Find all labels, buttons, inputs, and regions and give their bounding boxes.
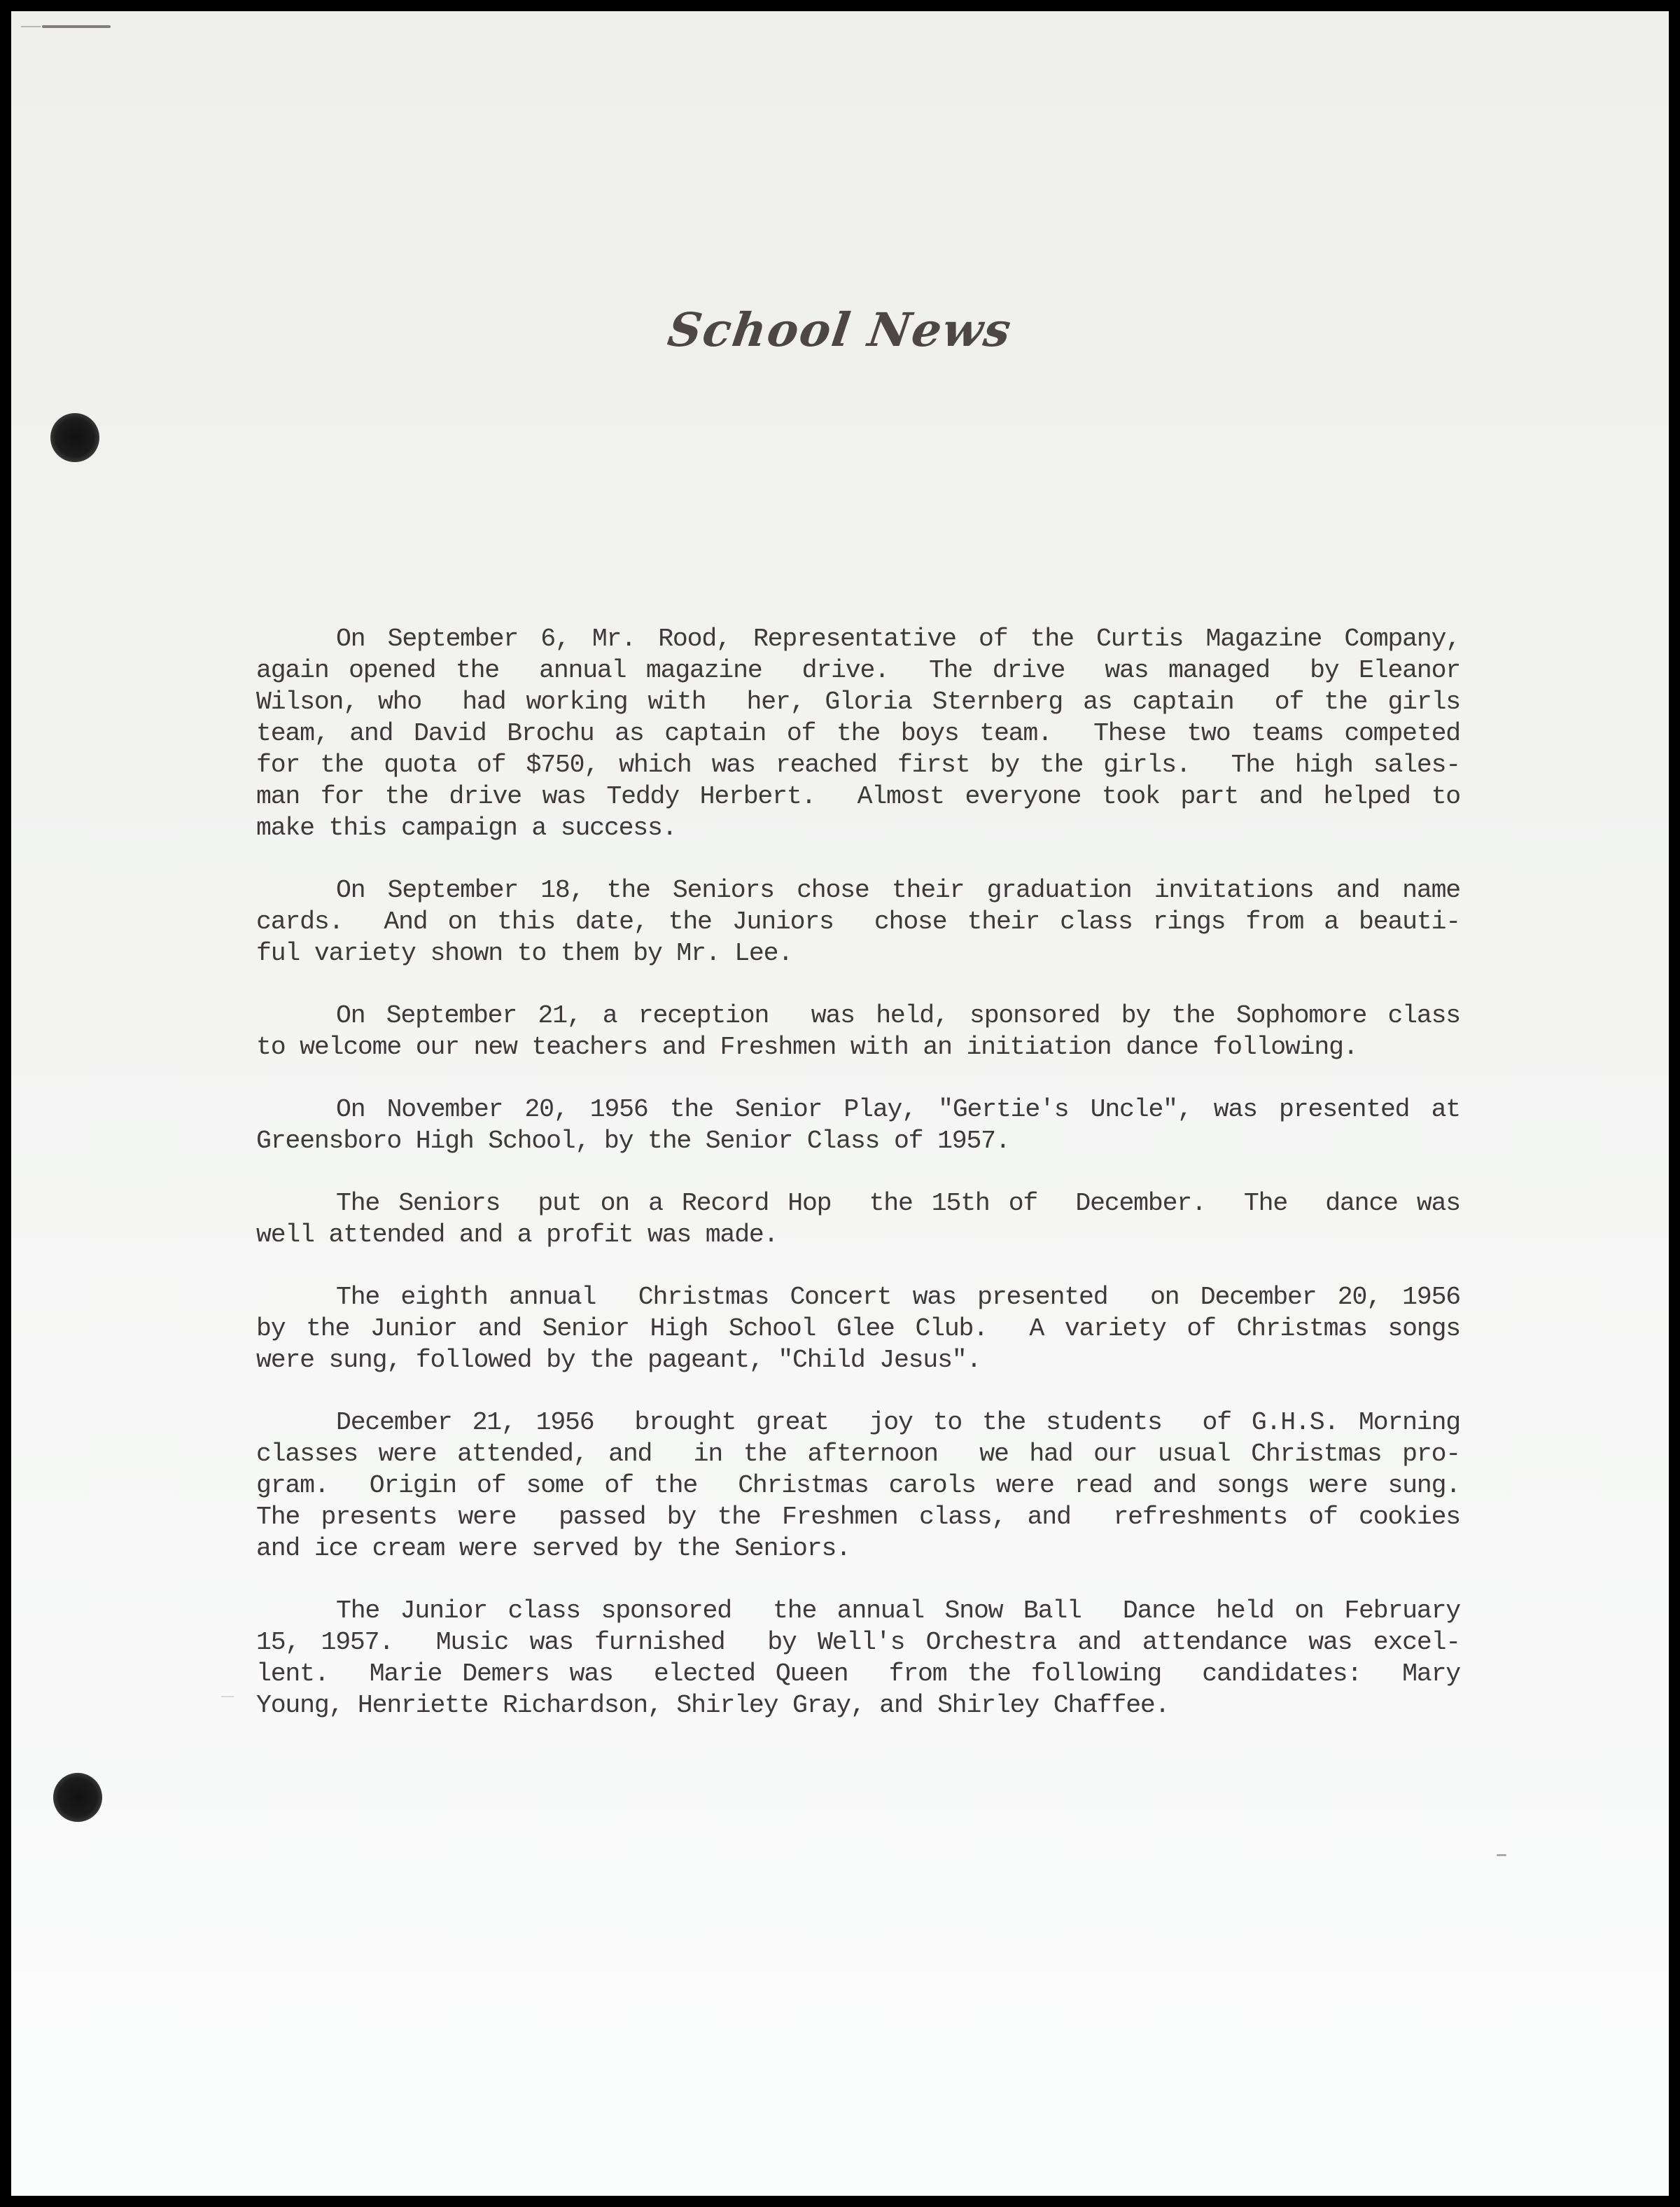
text-line: 15, 1957. Music was furnished by Well's …	[256, 1627, 1460, 1658]
text-line: On November 20, 1956 the Senior Play, "G…	[256, 1094, 1460, 1125]
text-line: by the Junior and Senior High School Gle…	[256, 1313, 1460, 1344]
text-line: December 21, 1956 brought great joy to t…	[256, 1407, 1460, 1438]
text-line: gram. Origin of some of the Christmas ca…	[256, 1470, 1460, 1501]
paragraph-magazine-drive: On September 6, Mr. Rood, Representative…	[256, 623, 1460, 844]
text-line: and ice cream were served by the Seniors…	[256, 1533, 1460, 1564]
text-line: cards. And on this date, the Juniors cho…	[256, 906, 1460, 938]
text-line: On September 6, Mr. Rood, Representative…	[256, 623, 1460, 655]
text-line: The Seniors put on a Record Hop the 15th…	[256, 1188, 1460, 1219]
text-line: lent. Marie Demers was elected Queen fro…	[256, 1658, 1460, 1690]
paragraph-senior-play: On November 20, 1956 the Senior Play, "G…	[256, 1094, 1460, 1157]
text-line: to welcome our new teachers and Freshmen…	[256, 1031, 1460, 1063]
punch-hole-top	[50, 413, 99, 462]
text-line: well attended and a profit was made.	[256, 1219, 1460, 1251]
text-line: were sung, followed by the pageant, "Chi…	[256, 1344, 1460, 1376]
stray-mark	[1497, 1854, 1506, 1856]
text-line: classes were attended, and in the aftern…	[256, 1438, 1460, 1470]
text-line: The presents were passed by the Freshmen…	[256, 1501, 1460, 1533]
text-line: again opened the annual magazine drive. …	[256, 655, 1460, 686]
text-line: The Junior class sponsored the annual Sn…	[256, 1595, 1460, 1627]
paragraph-graduation-invitations: On September 18, the Seniors chose their…	[256, 875, 1460, 969]
text-line: man for the drive was Teddy Herbert. Alm…	[256, 781, 1460, 812]
page-title: School News	[0, 302, 1680, 357]
text-line: make this campaign a success.	[256, 812, 1460, 844]
text-line: On September 21, a reception was held, s…	[256, 1000, 1460, 1031]
stray-mark-left	[221, 1696, 234, 1697]
text-line: The eighth annual Christmas Concert was …	[256, 1281, 1460, 1313]
punch-hole-bottom	[53, 1773, 102, 1822]
paragraph-reception: On September 21, a reception was held, s…	[256, 1000, 1460, 1063]
text-line: for the quota of $750, which was reached…	[256, 749, 1460, 781]
text-line: Young, Henriette Richardson, Shirley Gra…	[256, 1690, 1460, 1721]
text-line: team, and David Brochu as captain of the…	[256, 718, 1460, 749]
text-line: ful variety shown to them by Mr. Lee.	[256, 938, 1460, 969]
article-body: On September 6, Mr. Rood, Representative…	[256, 623, 1460, 1752]
paragraph-snow-ball: The Junior class sponsored the annual Sn…	[256, 1595, 1460, 1721]
paragraph-record-hop: The Seniors put on a Record Hop the 15th…	[256, 1188, 1460, 1251]
text-line: Wilson, who had working with her, Gloria…	[256, 686, 1460, 718]
margin-mark	[42, 25, 111, 28]
paragraph-christmas-program: December 21, 1956 brought great joy to t…	[256, 1407, 1460, 1564]
text-line: On September 18, the Seniors chose their…	[256, 875, 1460, 906]
paragraph-christmas-concert: The eighth annual Christmas Concert was …	[256, 1281, 1460, 1376]
text-line: Greensboro High School, by the Senior Cl…	[256, 1125, 1460, 1157]
